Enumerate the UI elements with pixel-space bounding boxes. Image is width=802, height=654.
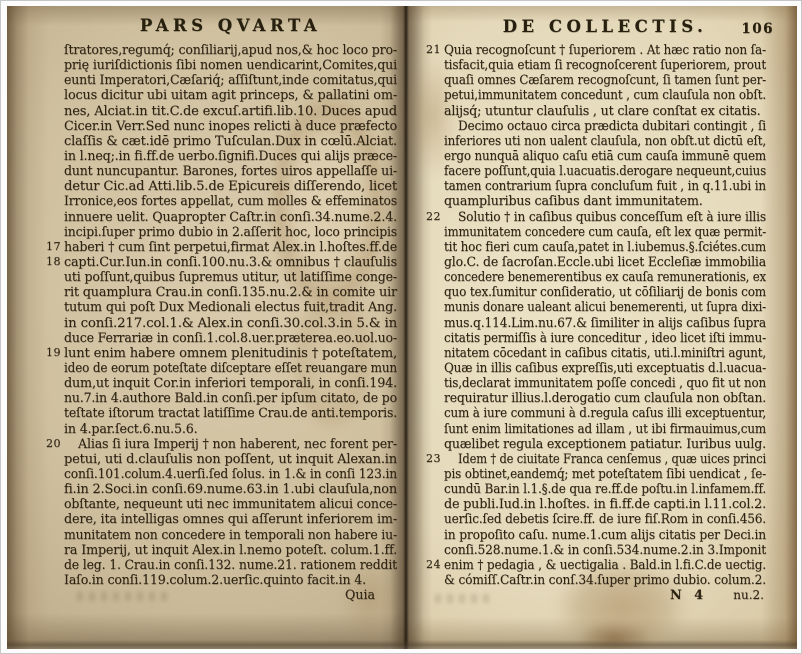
line-text: lunt enim habere omnem plenitudinis † po… bbox=[64, 345, 397, 360]
line-text: inferiores uti non ualent clauſula, non … bbox=[444, 133, 766, 148]
line-text: Decimo octauo circa prædicta dubitari co… bbox=[458, 118, 766, 133]
running-header-right: DE COLLECTIS. 106 bbox=[444, 18, 766, 36]
left-text-column: ſtratores,regumq́; conſiliarij,apud nos,… bbox=[64, 42, 397, 587]
text-line: tutum qui poſt Dux Medionali electus fui… bbox=[64, 299, 397, 314]
text-line: petui, uti d.clauſulis non poſſent, ut i… bbox=[64, 451, 397, 466]
text-line: glo.C. de ſacroſan.Eccle.ubi licet Eccle… bbox=[444, 254, 766, 269]
line-text: & cómiſſ.Caſtr.in conſ.34.ſuper primo du… bbox=[444, 572, 766, 587]
line-text: Cicer.in Verr.Sed nunc inopes relicti à … bbox=[64, 118, 397, 133]
line-text: alijsq́; utuntur clauſulis , ut clare co… bbox=[444, 103, 760, 118]
text-line: Irronice,eos fortes appellat, cum molles… bbox=[64, 193, 397, 208]
text-line: in 4.par.ſect.6.nu.5.6. bbox=[64, 421, 397, 436]
text-line: 18capti.Cur.Iun.in conſi.100.nu.3.& omni… bbox=[64, 254, 397, 269]
text-line: eunti Imperatori,Cæſariq́; aſſiſtunt,ind… bbox=[64, 72, 397, 87]
text-line: ſunt enim limitationes ad illam , ut ibi… bbox=[444, 421, 766, 436]
text-line: 22Solutio † in caſibus quibus conceſſum … bbox=[444, 209, 766, 224]
signature-mark: N 4 bbox=[670, 588, 707, 603]
text-line: petui,immunitatem concedunt , cum clauſu… bbox=[444, 87, 766, 102]
line-text: quampluribus caſibus dant immunitatem. bbox=[444, 193, 703, 208]
line-text: dere, ita intelligas omnes qui aſſerunt … bbox=[64, 511, 397, 526]
text-line: quo tex.ſumitur conſideratio, ut cōſilia… bbox=[444, 284, 766, 299]
running-header-title: DE COLLECTIS. bbox=[503, 17, 708, 36]
text-line: quampluribus caſibus dant immunitatem. bbox=[444, 193, 766, 208]
text-line: conſi.528.nume.1.& in conſi.534.nume.2.i… bbox=[444, 542, 766, 557]
line-text: conſi.101.colum.4.uerſi.ſed ſolus. in 1.… bbox=[64, 466, 397, 481]
text-line: obſtante, nequeunt uti nec immunitatem a… bbox=[64, 496, 397, 511]
paragraph-number: 22 bbox=[426, 209, 441, 224]
line-text: Idem † de ciuitate Franca cenſemus , quæ… bbox=[458, 451, 766, 466]
text-line: 21Quia recognoſcunt † ſuperiorem . At hæ… bbox=[444, 42, 766, 57]
line-text: Quæ in illis caſibus expreſſis,uti excep… bbox=[444, 360, 766, 375]
text-line: in propoſito caſu. nume.1.cum alijs cita… bbox=[444, 527, 766, 542]
paragraph-number: 18 bbox=[46, 254, 61, 269]
line-text: quo tex.ſumitur conſideratio, ut cōſilia… bbox=[444, 284, 766, 299]
text-line: ſtratores,regumq́; conſiliarij,apud nos,… bbox=[64, 42, 397, 57]
text-line: inferiores uti non ualent clauſula, non … bbox=[444, 133, 766, 148]
text-line: tisfacit,quia etiam ſi recognoſcerent ſu… bbox=[444, 57, 766, 72]
line-text: detur Cic.ad Atti.lib.5.de Epicureis diſ… bbox=[64, 178, 397, 193]
line-text: rit quamplura Crau.in conſi.135.nu.2.& i… bbox=[64, 284, 397, 299]
text-line: immunitatem concedere cum cauſa, eſt lex… bbox=[444, 224, 766, 239]
line-text: concedere benemerentibus ex cauſa remune… bbox=[444, 269, 766, 284]
text-line: requiratur illius.l.derogatio cum clauſu… bbox=[444, 390, 766, 405]
text-line: de leg. 1. Crau.in conſi.132. nume.21. r… bbox=[64, 557, 397, 572]
line-text: ſtratores,regumq́; conſiliarij,apud nos,… bbox=[64, 42, 397, 57]
line-text: haberi † cum ſint perpetui,firmat Alex.i… bbox=[64, 239, 397, 254]
line-text: tit hoc fieri cum cauſa,patet in l.iubem… bbox=[444, 239, 766, 254]
text-line: concedere benemerentibus ex cauſa remune… bbox=[444, 269, 766, 284]
line-text: glo.C. de ſacroſan.Eccle.ubi licet Eccle… bbox=[444, 254, 766, 269]
text-line: nu.7.in 4.authore Bald.in conſi.per ipſu… bbox=[64, 390, 397, 405]
line-text: ſunt enim limitationes ad illam , ut ibi… bbox=[444, 421, 766, 436]
line-text: dum,ut inquit Cor.in inferiori temporali… bbox=[64, 375, 397, 390]
text-line: & cómiſſ.Caſtr.in conſ.34.ſuper primo du… bbox=[444, 572, 766, 587]
right-text-column: 21Quia recognoſcunt † ſuperiorem . At hæ… bbox=[444, 42, 766, 587]
text-line: ergo nunquā aliquo caſu etiā cum cauſa i… bbox=[444, 148, 766, 163]
line-text: de leg. 1. Crau.in conſi.132. nume.21. r… bbox=[64, 557, 397, 572]
line-text: capti.Cur.Iun.in conſi.100.nu.3.& omnibu… bbox=[64, 254, 397, 269]
line-text: citatis permiſſis à iure conceditur , id… bbox=[444, 330, 766, 345]
text-line: pis obtinet,eandemq́; met poteſtatem ſib… bbox=[444, 466, 766, 481]
line-text: uerſic.ſed debetis ſcire.ff. de iure fiſ… bbox=[444, 511, 766, 526]
signature-line: N 4 nu.2. bbox=[444, 588, 766, 604]
line-text: tamen contrarium ſupra concluſum fuit , … bbox=[444, 178, 766, 193]
line-text: in 4.par.ſect.6.nu.5.6. bbox=[64, 421, 197, 436]
line-text: obſtante, nequeunt uti nec immunitatem a… bbox=[64, 496, 397, 511]
line-text: Alias ſi iura Imperij † non haberent, ne… bbox=[78, 436, 397, 451]
text-line: de publi.Iud.in l.hoſtes. in fi.ff.de ca… bbox=[444, 496, 766, 511]
text-line: tamen contrarium ſupra concluſum fuit , … bbox=[444, 178, 766, 193]
catchword: Quia bbox=[345, 587, 375, 602]
line-text: immunitatem concedere cum cauſa, eſt lex… bbox=[444, 224, 766, 239]
text-line: locus dicitur ubi uitam agit princeps, &… bbox=[64, 87, 397, 102]
text-line: dunt nuncupantur. Barones, fortes uiros … bbox=[64, 163, 397, 178]
line-text: dunt nuncupantur. Barones, fortes uiros … bbox=[64, 163, 397, 178]
line-text: mus.q.114.Lim.nu.67.& ſimiliter in alijs… bbox=[444, 315, 766, 330]
line-text: Quia recognoſcunt † ſuperiorem . At hæc … bbox=[444, 42, 766, 57]
paragraph-number: 24 bbox=[426, 557, 441, 572]
text-line: conſi.101.colum.4.uerſi.ſed ſolus. in 1.… bbox=[64, 466, 397, 481]
line-text: in l.neq;.in fi.ff.de uerbo.ſignifi.Duce… bbox=[64, 148, 397, 163]
text-line: rit quamplura Crau.in conſi.135.nu.2.& i… bbox=[64, 284, 397, 299]
text-line: claſſis & cæt.idē primo Tuſculan.Dux in … bbox=[64, 133, 397, 148]
catchword: nu.2. bbox=[733, 588, 764, 603]
text-line: nes, Alciat.in tit.C.de excuſ.artifi.lib… bbox=[64, 103, 397, 118]
line-text: facere poſſunt,quia l.uacuatis.derogare … bbox=[444, 163, 766, 178]
line-text: Iaſo.in conſi.119.colum.2.uerſic.quinto … bbox=[64, 572, 366, 587]
line-text: enim † pedagia , & uectigalia . Bald.in … bbox=[444, 557, 766, 572]
line-text: Irronice,eos fortes appellat, cum molles… bbox=[64, 193, 397, 208]
line-text: fi.in 2.Soci.in conſi.69.nume.63.in 1.ub… bbox=[64, 481, 397, 496]
text-line: detur Cic.ad Atti.lib.5.de Epicureis diſ… bbox=[64, 178, 397, 193]
line-text: munitatem non concedere in temporali non… bbox=[64, 527, 397, 542]
text-line: 23Idem † de ciuitate Franca cenſemus , q… bbox=[444, 451, 766, 466]
text-line: dere, ita intelligas omnes qui aſſerunt … bbox=[64, 511, 397, 526]
text-line: in l.neq;.in fi.ff.de uerbo.ſignifi.Duce… bbox=[64, 148, 397, 163]
text-line: tis,declarat immunitatem poſſe concedi ,… bbox=[444, 375, 766, 390]
running-header-left: PARS QVARTA bbox=[64, 17, 397, 35]
text-line: fi.in 2.Soci.in conſi.69.nume.63.in 1.ub… bbox=[64, 481, 397, 496]
line-text: claſſis & cæt.idē primo Tuſculan.Dux in … bbox=[64, 133, 397, 148]
line-text: innuere uelit. Quapropter Caſtr.in conſi… bbox=[64, 209, 397, 224]
text-line: cum à iure communi à d.regula caſus illi… bbox=[444, 405, 766, 420]
catchword-left: Quia bbox=[64, 587, 397, 602]
line-text: munis donare ualeant alicui benemerenti,… bbox=[444, 299, 766, 314]
text-line: ideo de eorum poteſtate diſceptare eſſet… bbox=[64, 360, 397, 375]
text-line: innuere uelit. Quapropter Caſtr.in conſi… bbox=[64, 209, 397, 224]
text-line: nitatem cōcedant in caſibus citatis, uti… bbox=[444, 345, 766, 360]
text-line: prię iuriſdictionis ſibi nomen uendicari… bbox=[64, 57, 397, 72]
book-edge-shadow bbox=[7, 640, 797, 649]
paragraph-number: 19 bbox=[46, 345, 61, 360]
line-text: quælibet regula exceptionem patiatur. Iu… bbox=[444, 436, 766, 451]
line-text: in propoſito caſu. nume.1.cum alijs cita… bbox=[444, 527, 766, 542]
text-line: cundū Bar.in l.1.§.de qua re.ff.de poſtu… bbox=[444, 481, 766, 496]
text-line: citatis permiſſis à iure conceditur , id… bbox=[444, 330, 766, 345]
text-line: uti poſſunt,quibus ſupremus utitur, ut l… bbox=[64, 269, 397, 284]
text-line: teſtate iſtorum tractat latiſſime Crau.d… bbox=[64, 405, 397, 420]
line-text: tutum qui poſt Dux Medionali electus fui… bbox=[64, 299, 397, 314]
text-line: ra Imperij, ut inquit Alex.in l.nemo pot… bbox=[64, 542, 397, 557]
text-line: incipi.ſuper primo dubio in 2.aſſerit ho… bbox=[64, 224, 397, 239]
paragraph-number: 17 bbox=[46, 239, 61, 254]
line-text: nu.7.in 4.authore Bald.in conſi.per ipſu… bbox=[64, 390, 397, 405]
line-text: conſi.528.nume.1.& in conſi.534.nume.2.i… bbox=[444, 542, 766, 557]
text-line: Decimo octauo circa prædicta dubitari co… bbox=[444, 118, 766, 133]
text-line: dum,ut inquit Cor.in inferiori temporali… bbox=[64, 375, 397, 390]
line-text: uti poſſunt,quibus ſupremus utitur, ut l… bbox=[64, 269, 397, 284]
text-line: 20Alias ſi iura Imperij † non haberent, … bbox=[64, 436, 397, 451]
line-text: locus dicitur ubi uitam agit princeps, &… bbox=[64, 87, 397, 102]
paragraph-number: 21 bbox=[426, 42, 441, 57]
paragraph-number: 20 bbox=[46, 436, 61, 451]
line-text: ra Imperij, ut inquit Alex.in l.nemo pot… bbox=[64, 542, 397, 557]
folio-number: 106 bbox=[741, 20, 774, 38]
line-text: duce Ferrariæ in conſi.1.col.8.uer.præte… bbox=[64, 330, 397, 345]
line-text: ergo nunquā aliquo caſu etiā cum cauſa i… bbox=[444, 148, 766, 163]
text-line: quælibet regula exceptionem patiatur. Iu… bbox=[444, 436, 766, 451]
line-text: nes, Alciat.in tit.C.de excuſ.artifi.lib… bbox=[64, 103, 397, 118]
text-line: 19lunt enim habere omnem plenitudinis † … bbox=[64, 345, 397, 360]
line-text: tis,declarat immunitatem poſſe concedi ,… bbox=[444, 375, 766, 390]
line-text: incipi.ſuper primo dubio in 2.aſſerit ho… bbox=[64, 224, 397, 239]
text-line: mus.q.114.Lim.nu.67.& ſimiliter in alijs… bbox=[444, 315, 766, 330]
text-line: Quæ in illis caſibus expreſſis,uti excep… bbox=[444, 360, 766, 375]
photo-frame: PARS QVARTA DE COLLECTIS. 106 ſtratores,… bbox=[0, 0, 802, 654]
text-line: uerſic.ſed debetis ſcire.ff. de iure fiſ… bbox=[444, 511, 766, 526]
line-text: teſtate iſtorum tractat latiſſime Crau.d… bbox=[64, 405, 397, 420]
line-text: nitatem cōcedant in caſibus citatis, uti… bbox=[444, 345, 766, 360]
text-line: munis donare ualeant alicui benemerenti,… bbox=[444, 299, 766, 314]
line-text: de publi.Iud.in l.hoſtes. in fi.ff.de ca… bbox=[444, 496, 766, 511]
book-scan: PARS QVARTA DE COLLECTIS. 106 ſtratores,… bbox=[7, 6, 797, 649]
line-text: petui,immunitatem concedunt , cum clauſu… bbox=[444, 87, 766, 102]
text-line: facere poſſunt,quia l.uacuatis.derogare … bbox=[444, 163, 766, 178]
line-text: eunti Imperatori,Cæſariq́; aſſiſtunt,ind… bbox=[64, 72, 397, 87]
line-text: cundū Bar.in l.1.§.de qua re.ff.de poſtu… bbox=[444, 481, 766, 496]
text-line: Iaſo.in conſi.119.colum.2.uerſic.quinto … bbox=[64, 572, 397, 587]
line-text: cum à iure communi à d.regula caſus illi… bbox=[444, 405, 766, 420]
text-line: munitatem non concedere in temporali non… bbox=[64, 527, 397, 542]
line-text: quaſi omnes Cæſarem recognoſcunt, ſi tam… bbox=[444, 72, 766, 87]
line-text: requiratur illius.l.derogatio cum clauſu… bbox=[444, 390, 766, 405]
text-line: alijsq́; utuntur clauſulis , ut clare co… bbox=[444, 103, 766, 118]
text-line: quaſi omnes Cæſarem recognoſcunt, ſi tam… bbox=[444, 72, 766, 87]
line-text: petui, uti d.clauſulis non poſſent, ut i… bbox=[64, 451, 397, 466]
text-line: 24enim † pedagia , & uectigalia . Bald.i… bbox=[444, 557, 766, 572]
text-line: duce Ferrariæ in conſi.1.col.8.uer.præte… bbox=[64, 330, 397, 345]
line-text: ideo de eorum poteſtate diſceptare eſſet… bbox=[64, 360, 397, 375]
text-line: Cicer.in Verr.Sed nunc inopes relicti à … bbox=[64, 118, 397, 133]
text-line: 17haberi † cum ſint perpetui,firmat Alex… bbox=[64, 239, 397, 254]
line-text: Solutio † in caſibus quibus conceſſum eſ… bbox=[458, 209, 766, 224]
text-line: in conſi.217.col.1.& Alex.in conſi.30.co… bbox=[64, 315, 397, 330]
line-text: pis obtinet,eandemq́; met poteſtatem ſib… bbox=[444, 466, 766, 481]
line-text: tisfacit,quia etiam ſi recognoſcerent ſu… bbox=[444, 57, 766, 72]
line-text: prię iuriſdictionis ſibi nomen uendicari… bbox=[64, 57, 397, 72]
line-text: in conſi.217.col.1.& Alex.in conſi.30.co… bbox=[64, 315, 397, 330]
text-line: tit hoc fieri cum cauſa,patet in l.iubem… bbox=[444, 239, 766, 254]
paragraph-number: 23 bbox=[426, 451, 441, 466]
